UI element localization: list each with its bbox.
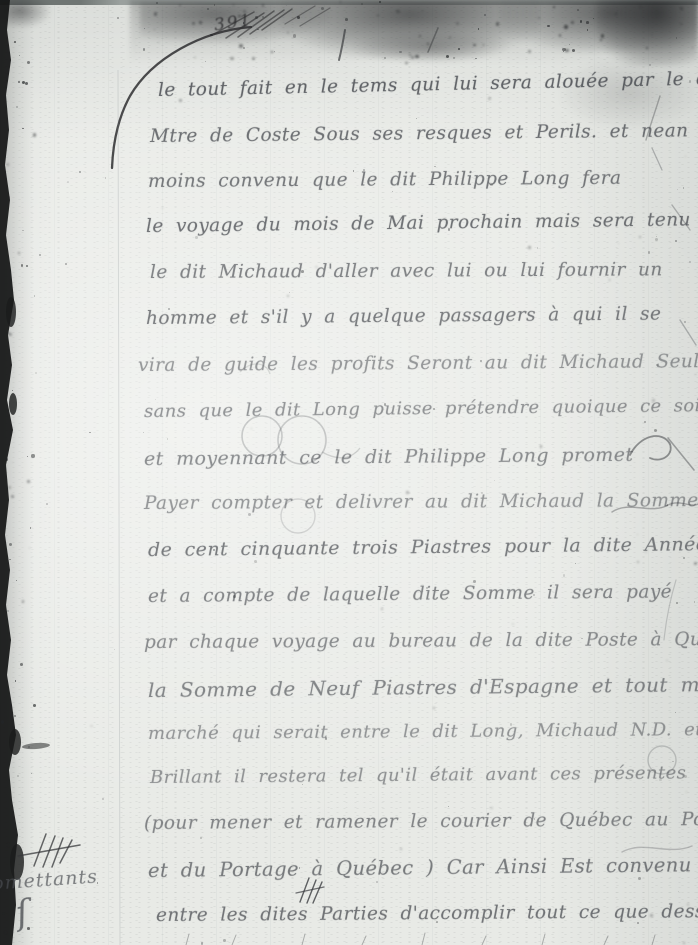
manuscript-line: (pour mener et ramener le courier de Qué…	[144, 809, 698, 834]
noise-speck	[511, 777, 512, 778]
noise-speck	[600, 39, 603, 42]
noise-speck	[528, 246, 531, 249]
noise-speck	[195, 236, 198, 239]
noise-speck	[213, 549, 215, 551]
noise-speck	[683, 187, 684, 188]
noise-speck	[571, 21, 574, 24]
noise-speck	[255, 16, 258, 19]
noise-speck	[644, 421, 645, 422]
noise-speck	[14, 41, 16, 43]
noise-speck	[35, 372, 37, 374]
noise-speck	[587, 29, 589, 31]
noise-speck	[179, 99, 182, 102]
noise-speck	[313, 898, 314, 899]
noise-speck	[639, 236, 642, 239]
noise-speck	[2, 622, 5, 625]
noise-speck	[399, 51, 402, 54]
noise-speck	[694, 601, 696, 603]
noise-speck	[167, 438, 169, 440]
noise-speck	[422, 11, 423, 12]
noise-speck	[564, 25, 567, 28]
noise-speck	[248, 513, 251, 516]
noise-speck	[18, 252, 20, 254]
noise-speck	[646, 47, 648, 49]
noise-speck	[494, 480, 495, 481]
noise-speck	[33, 704, 36, 707]
noise-speck	[200, 837, 202, 839]
noise-speck	[685, 156, 686, 157]
noise-speck	[154, 12, 157, 15]
noise-speck	[478, 28, 480, 30]
noise-speck	[572, 49, 575, 52]
noise-speck	[645, 551, 647, 553]
noise-speck	[28, 746, 30, 748]
noise-speck	[694, 562, 697, 565]
noise-speck	[56, 851, 59, 854]
noise-speck	[201, 942, 203, 944]
noise-speck	[233, 595, 236, 598]
noise-speck	[2, 889, 4, 891]
noise-speck	[512, 623, 514, 625]
noise-speck	[143, 48, 145, 50]
noise-speck	[547, 25, 550, 28]
noise-speck	[377, 15, 379, 17]
scan-edge-top	[0, 0, 698, 5]
noise-speck	[34, 295, 36, 297]
noise-speck	[207, 8, 209, 10]
noise-speck	[223, 939, 226, 942]
noise-speck	[248, 595, 250, 597]
noise-speck	[496, 22, 499, 25]
noise-speck	[654, 429, 657, 432]
top-smudge	[280, 0, 540, 58]
noise-speck	[192, 22, 195, 25]
noise-speck	[5, 932, 6, 933]
noise-speck	[416, 118, 417, 119]
noise-speck	[446, 55, 449, 58]
noise-speck	[615, 13, 617, 15]
noise-speck	[689, 261, 691, 263]
noise-speck	[243, 47, 245, 49]
noise-speck	[361, 3, 363, 5]
noise-speck	[230, 57, 233, 60]
noise-speck	[46, 503, 48, 505]
noise-speck	[692, 47, 693, 48]
noise-speck	[433, 408, 435, 410]
manuscript-line: la Somme de Neuf Piastres d'Espagne et t…	[148, 672, 698, 702]
noise-speck	[684, 775, 687, 778]
noise-speck	[453, 57, 455, 59]
noise-speck	[656, 236, 657, 237]
noise-speck	[22, 230, 23, 231]
noise-speck	[695, 374, 696, 375]
manuscript-line: marché qui serait entre le dit Long, Mic…	[148, 719, 698, 744]
noise-speck	[254, 560, 257, 563]
noise-speck	[252, 57, 255, 60]
noise-speck	[448, 806, 450, 808]
noise-speck	[345, 18, 348, 21]
noise-speck	[640, 6, 641, 7]
noise-speck	[381, 608, 383, 610]
noise-speck	[534, 818, 535, 819]
manuscript-line: vira de guide les profits Seront au dit …	[138, 351, 698, 376]
noise-speck	[179, 5, 180, 6]
noise-speck	[586, 21, 589, 24]
noise-speck	[400, 848, 403, 851]
noise-speck	[473, 580, 476, 583]
manuscript-line: entre les dites Parties d'accomplir tout…	[156, 901, 698, 926]
manuscript-line: le tout fait en le tems qui lui sera alo…	[158, 68, 698, 101]
noise-speck	[683, 942, 685, 944]
noise-speck	[652, 399, 655, 402]
noise-speck	[11, 495, 14, 498]
noise-speck	[293, 34, 296, 37]
noise-speck	[415, 55, 418, 58]
noise-speck	[528, 50, 531, 53]
noise-speck	[488, 97, 491, 100]
noise-speck	[143, 432, 144, 433]
noise-speck	[39, 254, 41, 256]
noise-speck	[638, 877, 641, 880]
noise-speck	[675, 240, 677, 242]
noise-speck	[637, 922, 639, 924]
noise-speck	[384, 57, 386, 59]
noise-speck	[672, 761, 673, 762]
noise-speck	[473, 44, 476, 47]
manuscript-line: Brillant il restera tel qu'il était avan…	[150, 762, 686, 788]
top-smudge	[350, 30, 510, 64]
noise-speck	[456, 22, 459, 25]
top-smudge	[596, 0, 698, 66]
noise-speck	[1, 720, 4, 723]
noise-speck	[593, 18, 594, 19]
noise-speck	[689, 80, 692, 83]
noise-speck	[396, 10, 399, 13]
noise-speck	[286, 5, 287, 6]
noise-speck	[65, 263, 67, 265]
noise-speck	[597, 374, 599, 376]
noise-speck	[659, 779, 661, 781]
noise-speck	[563, 574, 565, 576]
manuscript-line: moins convenu que le dit Philippe Long f…	[148, 168, 622, 192]
noise-speck	[22, 600, 24, 602]
manuscript-line: par chaque voyage au bureau de la dite P…	[144, 629, 698, 653]
noise-speck	[102, 798, 104, 800]
manuscript-line: le dit Michaud d'aller avec lui ou lui f…	[150, 259, 663, 283]
noise-speck	[262, 16, 264, 18]
noise-speck	[678, 891, 679, 892]
noise-speck	[67, 181, 70, 184]
noise-speck	[563, 51, 564, 52]
noise-speck	[2, 689, 4, 691]
manuscript-line: sans que le dit Long puisse prétendre qu…	[144, 395, 698, 422]
noise-speck	[353, 170, 354, 171]
noise-speck	[114, 649, 115, 650]
noise-speck	[8, 486, 10, 488]
noise-speck	[7, 332, 10, 335]
noise-speck	[289, 292, 290, 293]
noise-speck	[274, 51, 275, 52]
inline-strike-hatch-icon	[296, 878, 324, 903]
noise-speck	[618, 243, 619, 244]
manuscript-line: et moyennant ce le dit Philippe Long pro…	[144, 444, 634, 470]
noise-speck	[205, 61, 206, 62]
noise-speck	[27, 927, 30, 930]
noise-speck	[238, 15, 240, 17]
noise-speck	[434, 166, 436, 168]
noise-speck	[199, 21, 202, 24]
noise-speck	[575, 563, 576, 564]
noise-speck	[105, 177, 107, 179]
noise-speck	[419, 35, 421, 37]
manuscript-line: Payer compter et delivrer au dit Michaud…	[144, 490, 698, 514]
noise-speck	[89, 432, 90, 433]
noise-speck	[27, 61, 30, 64]
noise-speck	[676, 602, 678, 604]
noise-speck	[601, 34, 604, 37]
noise-speck	[210, 34, 212, 36]
noise-speck	[271, 51, 273, 53]
noise-speck	[490, 183, 493, 186]
noise-speck	[79, 171, 82, 174]
noise-speck	[20, 663, 23, 666]
noise-speck	[448, 228, 451, 231]
noise-speck	[257, 29, 258, 30]
noise-speck	[683, 557, 684, 558]
noise-speck	[577, 9, 579, 11]
noise-speck	[27, 480, 30, 483]
noise-speck	[553, 6, 555, 8]
noise-speck	[676, 37, 677, 38]
noise-speck	[580, 20, 582, 22]
noise-speck	[158, 42, 159, 43]
noise-speck	[287, 295, 289, 297]
noise-speck	[637, 561, 639, 563]
noise-speck	[648, 251, 650, 253]
noise-speck	[31, 454, 34, 457]
noise-speck	[405, 62, 408, 65]
noise-speck	[537, 247, 538, 248]
noise-speck	[144, 28, 145, 29]
noise-speck	[4, 741, 6, 743]
noise-speck	[194, 57, 195, 58]
noise-speck	[97, 882, 98, 883]
noise-speck	[315, 266, 318, 269]
noise-speck	[5, 458, 8, 461]
noise-speck	[483, 44, 484, 45]
noise-speck	[538, 17, 540, 19]
noise-speck	[436, 921, 438, 923]
noise-speck	[7, 163, 9, 165]
noise-speck	[655, 238, 658, 241]
noise-speck	[666, 660, 668, 662]
top-smudge	[500, 0, 698, 52]
manuscript-line: de cent cinquante trois Piastres pour la…	[148, 533, 698, 561]
noise-speck	[680, 7, 683, 10]
noise-speck	[155, 399, 156, 400]
noise-speck	[409, 54, 410, 55]
noise-speck	[559, 34, 561, 36]
noise-speck	[90, 725, 92, 727]
manuscript-line: et a compte de laquelle dite Somme il se…	[148, 581, 672, 607]
margin-rule	[118, 70, 120, 945]
noise-speck	[651, 34, 653, 36]
noise-speck	[433, 707, 435, 709]
noise-speck	[117, 17, 118, 18]
noise-speck	[287, 32, 288, 33]
noise-speck	[340, 1, 341, 2]
noise-speck	[299, 867, 300, 868]
noise-speck	[684, 321, 686, 323]
noise-speck	[325, 737, 327, 739]
noise-speck	[449, 37, 450, 38]
noise-speck	[569, 44, 570, 45]
manuscript-line: et du Portage à Québec ) Car Ainsi Est c…	[148, 853, 692, 882]
noise-speck	[262, 4, 264, 6]
scanned-manuscript-page: 391 le tout fait en le tems qui lui sera…	[0, 0, 698, 945]
noise-speck	[3, 282, 5, 284]
page-number: 391	[213, 10, 254, 35]
noise-speck	[475, 58, 476, 59]
noise-speck	[481, 492, 482, 493]
noise-speck	[686, 791, 688, 793]
noise-speck	[443, 218, 445, 220]
manuscript-line: Mtre de Coste Sous ses resques et Perils…	[150, 120, 689, 147]
noise-speck	[484, 14, 486, 16]
noise-speck	[8, 844, 9, 845]
noise-speck	[154, 29, 155, 30]
noise-speck	[33, 133, 36, 136]
noise-speck	[680, 23, 682, 25]
noise-speck	[321, 7, 324, 10]
noise-speck	[162, 207, 163, 208]
noise-speck	[233, 4, 234, 5]
noise-speck	[384, 403, 386, 405]
noise-speck	[675, 712, 676, 713]
noise-speck	[411, 56, 414, 59]
noise-speck	[565, 49, 568, 52]
noise-speck	[649, 64, 651, 66]
noise-speck	[490, 807, 493, 810]
noise-speck	[251, 428, 252, 429]
manuscript-line: homme et s'il y a quelque passagers à qu…	[146, 304, 661, 329]
noise-speck	[427, 43, 429, 45]
cutoff-line-strokes	[186, 933, 655, 945]
binding-shadow	[0, 0, 34, 945]
noise-speck	[376, 881, 378, 883]
noise-speck	[297, 16, 300, 19]
noise-speck	[426, 587, 428, 589]
noise-speck	[458, 48, 460, 50]
noise-speck	[677, 189, 678, 190]
manuscript-line: le voyage du mois de Mai prochain mais s…	[146, 209, 691, 237]
noise-speck	[392, 191, 393, 192]
